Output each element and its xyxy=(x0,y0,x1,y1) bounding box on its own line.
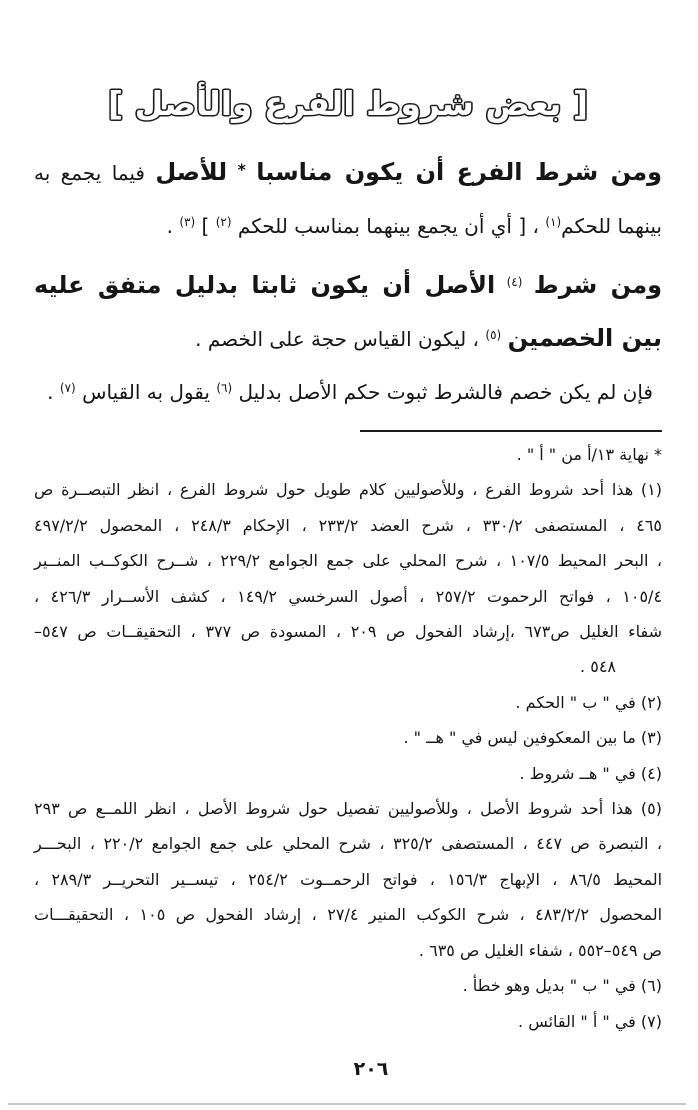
footnote-2: (٢) في " ب " الحكم . xyxy=(34,685,662,720)
period: . xyxy=(167,214,173,238)
footnote-5-line: ص ٥٤٩–٥٥٢ ، شفاء الغليل ص ٦٣٥ . xyxy=(34,933,662,968)
footnote-separator xyxy=(360,430,662,432)
paragraph-2-line-1: ومن شرط (٤) الأصل أن يكون ثابتا بدليل مت… xyxy=(34,258,662,311)
footnote-1-line: ٥٤٨ . xyxy=(34,649,662,684)
manuscript-folio-asterisk: * xyxy=(238,160,246,179)
chapter-title: [ بعض شروط الفرع والأصل ] xyxy=(34,84,662,123)
bold-phrase: ومن شرط الفرع أن يكون مناسبا xyxy=(256,158,662,186)
footnotes-block: * نهاية ١٣/أ من " أ " . (١) هذا أحد شروط… xyxy=(34,437,662,1039)
footnote-marker-1: (١) xyxy=(545,215,561,229)
bold-phrase: الأصل أن يكون ثابتا بدليل متفق عليه xyxy=(34,271,495,299)
footnote-star: * نهاية ١٣/أ من " أ " . xyxy=(34,437,662,472)
footnote-1-line: ١٠٥/٤ ، فواتح الرحموت ٢٥٧/٢ ، أصول السرخ… xyxy=(34,579,662,614)
paragraph-1-line-1: ومن شرط الفرع أن يكون مناسبا * للأصل فيم… xyxy=(34,145,662,198)
bold-phrase: للأصل xyxy=(155,158,227,186)
main-text: ومن شرط الفرع أن يكون مناسبا * للأصل فيم… xyxy=(34,145,662,417)
footnote-5-line: ، التبصرة ص ٤٤٧ ، المستصفى ٣٢٥/٢ ، شرح ا… xyxy=(34,826,662,861)
paragraph-3: فإن لم يكن خصم فالشرط ثبوت حكم الأصل بدل… xyxy=(34,364,662,417)
footnote-1-line: شفاء الغليل ص٦٧٣ ،إرشاد الفحول ص ٢٠٩ ، ا… xyxy=(34,614,662,649)
regular-phrase: فيما يجمع به xyxy=(34,161,145,185)
footnote-marker-3: (٣) xyxy=(179,215,195,229)
regular-phrase: ، ليكون القياس حجة على الخصم . xyxy=(195,327,479,351)
regular-phrase: فإن لم يكن خصم فالشرط ثبوت حكم الأصل بدل… xyxy=(239,380,654,404)
bold-phrase: بين الخصمين xyxy=(508,324,662,352)
footnote-3: (٣) ما بين المعكوفين ليس في " هــ " . xyxy=(34,720,662,755)
footnote-marker-4: (٤) xyxy=(507,275,523,289)
footnote-6: (٦) في " ب " بديل وهو خطأ . xyxy=(34,968,662,1003)
paragraph-2-line-2: بين الخصمين (٥) ، ليكون القياس حجة على ا… xyxy=(34,311,662,364)
book-page: [ بعض شروط الفرع والأصل ] ومن شرط الفرع … xyxy=(0,0,698,1110)
footnote-marker-5: (٥) xyxy=(485,328,501,342)
footnote-1-line: ، البحر المحيط ١٠٧/٥ ، شرح المحلي على جم… xyxy=(34,543,662,578)
footnote-1-line: ٤٦٥ ، المستصفى ٣٣٠/٢ ، شرح العضد ٢٣٣/٢ ،… xyxy=(34,508,662,543)
footnote-marker-6: (٦) xyxy=(216,381,232,395)
bracket-close: ] xyxy=(202,214,210,238)
text-column: [ بعض شروط الفرع والأصل ] ومن شرط الفرع … xyxy=(34,0,662,1039)
period: . xyxy=(47,380,53,404)
scan-artifact-line xyxy=(8,1103,686,1105)
footnote-1-line: (١) هذا أحد شروط الفرع ، وللأصوليين كلام… xyxy=(34,472,662,507)
footnote-7: (٧) في " أ " القائس . xyxy=(34,1004,662,1039)
regular-phrase: ، [ أي أن يجمع بينهما بمناسب للحكم xyxy=(238,214,539,238)
page-number: ٢٠٦ xyxy=(22,1058,698,1080)
regular-phrase: بينهما للحكم xyxy=(561,214,662,238)
footnote-5-line: المحيط ٨٦/٥ ، الإبهاج ١٥٦/٣ ، فواتح الرح… xyxy=(34,862,662,897)
footnote-5-line: (٥) هذا أحد شروط الأصل ، وللأصوليين تفصي… xyxy=(34,791,662,826)
paragraph-1-line-2: بينهما للحكم(١) ، [ أي أن يجمع بينهما بم… xyxy=(34,198,662,251)
regular-phrase: يقول به القياس xyxy=(82,380,210,404)
footnote-5-line: المحصول ٤٨٣/٢/٢ ، شرح الكوكب المنير ٢٧/٤… xyxy=(34,897,662,932)
footnote-4: (٤) في " هــ شروط . xyxy=(34,756,662,791)
footnote-marker-2: (٢) xyxy=(216,215,232,229)
bold-phrase: ومن شرط xyxy=(534,271,662,299)
footnote-marker-7: (٧) xyxy=(60,381,76,395)
